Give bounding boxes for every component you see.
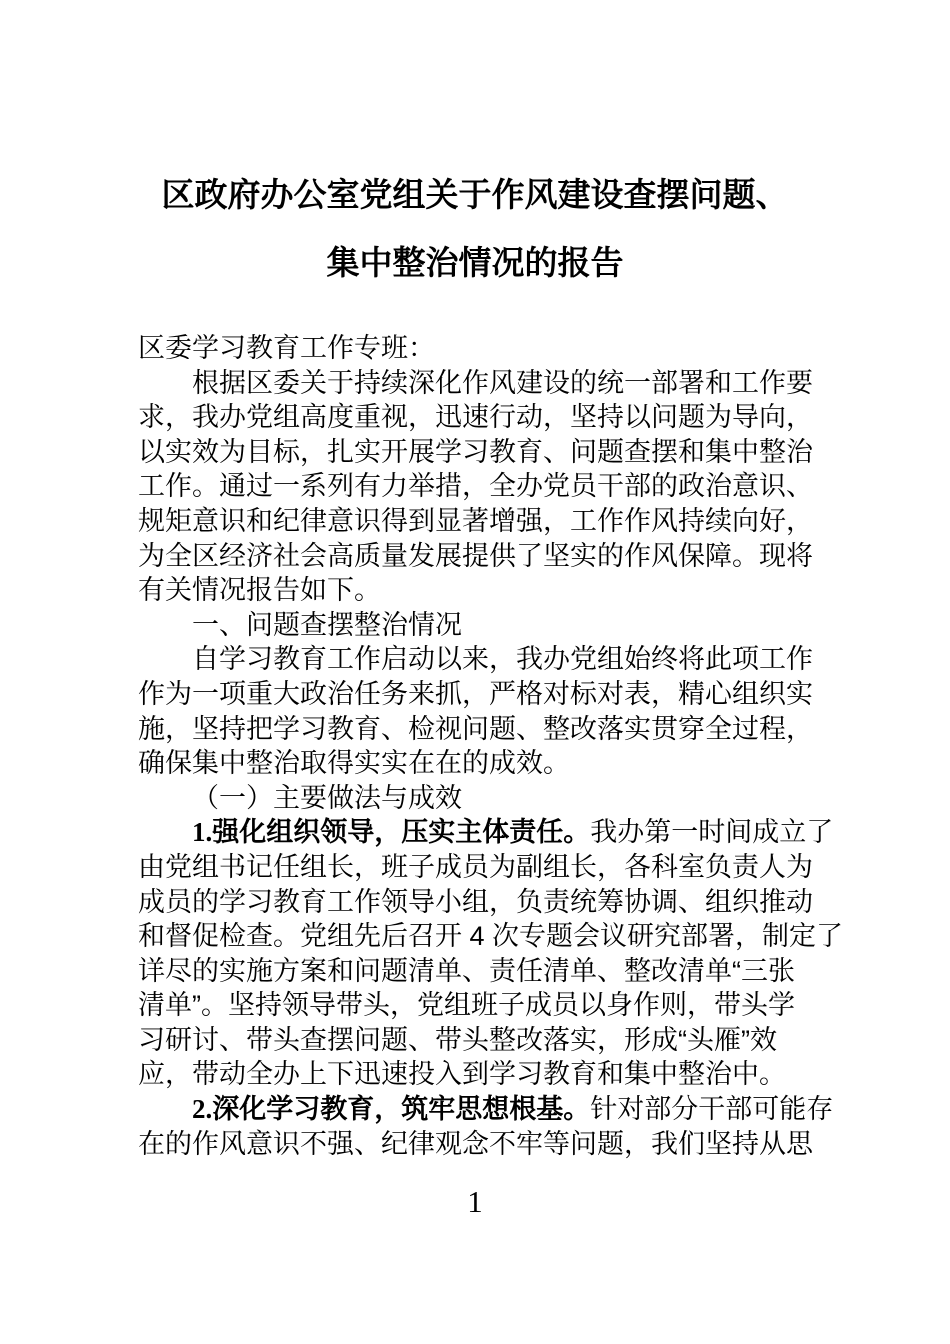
body-line: 2.深化学习教育，筑牢思想根基。针对部分干部可能存 [138, 1092, 950, 1127]
text-run: 习研讨、带头查摆问题、带头整改落实，形成“头雁”效 [138, 1025, 777, 1055]
body-line: 有关情况报告如下。 [138, 573, 950, 608]
text-run: 为全区经济社会高质量发展提供了坚实的作风保障。现将 [138, 541, 813, 571]
page-number: 1 [0, 1184, 950, 1220]
body-line: 区委学习教育工作专班： [138, 331, 950, 366]
body-line: 施，坚持把学习教育、检视问题、整改落实贯穿全过程， [138, 712, 950, 747]
text-run: 清单”。坚持领导带头，党组班子成员以身作则，带头学 [138, 990, 795, 1020]
body-line: 求，我办党组高度重视，迅速行动，坚持以问题为导向， [138, 400, 950, 435]
text-run: 作为一项重大政治任务来抓，严格对标对表，精心组织实 [138, 679, 813, 709]
text-run: 规矩意识和纪律意识得到显著增强，工作作风持续向好， [138, 506, 813, 536]
text-run: 在的作风意识不强、纪律观念不牢等问题，我们坚持从思 [138, 1129, 813, 1159]
body-line: 规矩意识和纪律意识得到显著增强，工作作风持续向好， [138, 504, 950, 539]
text-run: 根据区委关于持续深化作风建设的统一部署和工作要 [192, 368, 813, 398]
text-run: 有关情况报告如下。 [138, 575, 381, 605]
heading-run: 深化学习教育，筑牢思想根基。 [212, 1094, 590, 1124]
body-line: 一、问题查摆整治情况 [138, 608, 950, 643]
text-run: 求，我办党组高度重视，迅速行动，坚持以问题为导向， [138, 402, 813, 432]
text-run: 以实效为目标，扎实开展学习教育、问题查摆和集中整治 [138, 437, 813, 467]
heading-number: 1. [192, 817, 212, 847]
body-line: （一）主要做法与成效 [138, 781, 950, 816]
heading-run: 强化组织领导，压实主体责任。 [212, 817, 590, 847]
text-run: 自学习教育工作启动以来，我办党组始终将此项工作 [192, 644, 813, 674]
text-run: 确保集中整治取得实实在在的成效。 [138, 748, 570, 778]
body-line: 为全区经济社会高质量发展提供了坚实的作风保障。现将 [138, 539, 950, 574]
text-run: 我办第一时间成立了 [590, 817, 833, 847]
text-run: 一、问题查摆整治情况 [192, 610, 462, 640]
body-line: 作为一项重大政治任务来抓，严格对标对表，精心组织实 [138, 677, 950, 712]
body-line: 1.强化组织领导，压实主体责任。我办第一时间成立了 [138, 815, 950, 850]
body-line: 在的作风意识不强、纪律观念不牢等问题，我们坚持从思 [138, 1127, 950, 1162]
body-line: 由党组书记任组长，班子成员为副组长，各科室负责人为 [138, 850, 950, 885]
body-line: 清单”。坚持领导带头，党组班子成员以身作则，带头学 [138, 988, 950, 1023]
document-page: 区政府办公室党组关于作风建设查摆问题、 集中整治情况的报告 区委学习教育工作专班… [0, 0, 950, 1344]
document-body: 区委学习教育工作专班：根据区委关于持续深化作风建设的统一部署和工作要求，我办党组… [0, 297, 950, 1161]
text-run: 应，带动全办上下迅速投入到学习教育和集中整治中。 [138, 1059, 786, 1089]
body-line: 工作。通过一系列有力举措，全办党员干部的政治意识、 [138, 469, 950, 504]
document-title: 区政府办公室党组关于作风建设查摆问题、 集中整治情况的报告 [0, 0, 950, 297]
body-line: 根据区委关于持续深化作风建设的统一部署和工作要 [138, 366, 950, 401]
title-line-2: 集中整治情况的报告 [0, 229, 950, 297]
text-run: 施，坚持把学习教育、检视问题、整改落实贯穿全过程， [138, 714, 813, 744]
body-line: 成员的学习教育工作领导小组，负责统筹协调、组织推动 [138, 885, 950, 920]
text-run: 和督促检查。党组先后召开 4 次专题会议研究部署，制定了 [138, 921, 843, 951]
heading-number: 2. [192, 1094, 212, 1124]
body-line: 详尽的实施方案和问题清单、责任清单、整改清单“三张 [138, 954, 950, 989]
text-run: （一）主要做法与成效 [192, 783, 462, 813]
text-run: 成员的学习教育工作领导小组，负责统筹协调、组织推动 [138, 887, 813, 917]
body-line: 应，带动全办上下迅速投入到学习教育和集中整治中。 [138, 1057, 950, 1092]
body-line: 和督促检查。党组先后召开 4 次专题会议研究部署，制定了 [138, 919, 950, 954]
body-line: 习研讨、带头查摆问题、带头整改落实，形成“头雁”效 [138, 1023, 950, 1058]
body-line: 确保集中整治取得实实在在的成效。 [138, 746, 950, 781]
body-line: 以实效为目标，扎实开展学习教育、问题查摆和集中整治 [138, 435, 950, 470]
text-run: 针对部分干部可能存 [590, 1094, 833, 1124]
title-line-1: 区政府办公室党组关于作风建设查摆问题、 [0, 161, 950, 229]
body-line: 自学习教育工作启动以来，我办党组始终将此项工作 [138, 642, 950, 677]
text-run: 由党组书记任组长，班子成员为副组长，各科室负责人为 [138, 852, 813, 882]
text-run: 详尽的实施方案和问题清单、责任清单、整改清单“三张 [138, 956, 795, 986]
text-run: 区委学习教育工作专班： [138, 333, 435, 363]
text-run: 工作。通过一系列有力举措，全办党员干部的政治意识、 [138, 471, 813, 501]
